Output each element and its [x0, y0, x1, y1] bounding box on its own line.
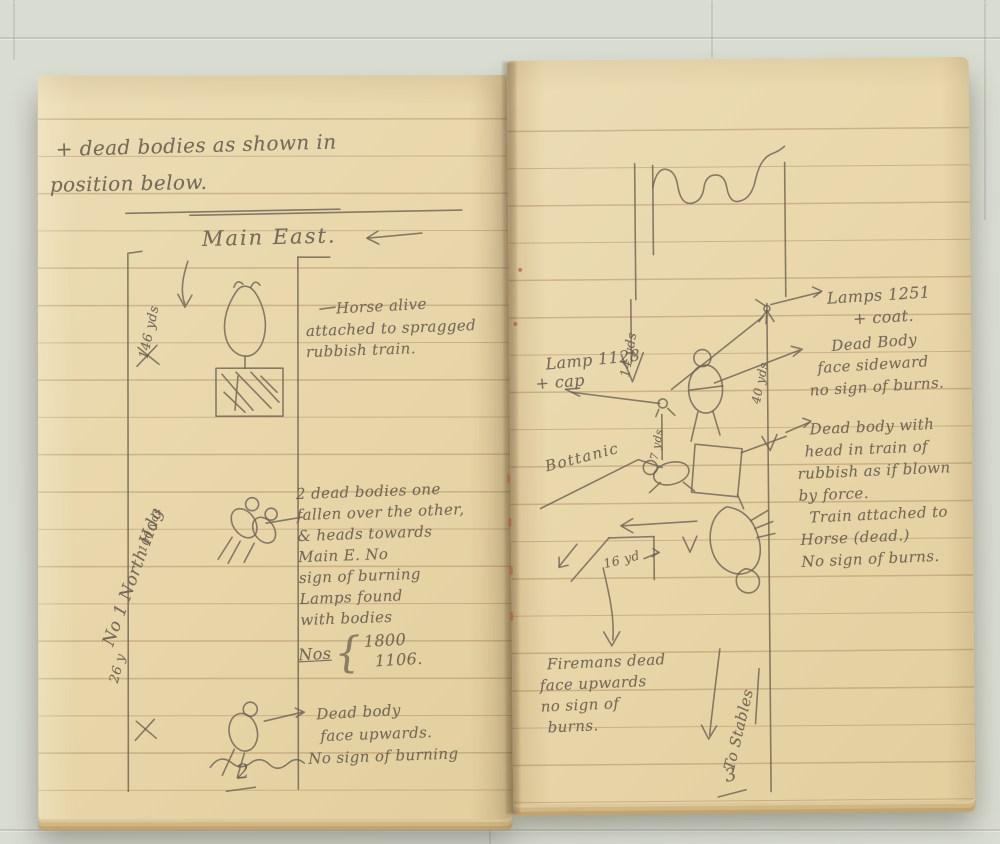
train-note: Dead body with head in train of rubbish … [795, 412, 955, 573]
fireman-note: Firemans dead face upwards no sign of bu… [538, 649, 668, 738]
wall-tile-seam [489, 829, 491, 844]
wall-tile-seam [0, 37, 1000, 39]
note-dead-bodies-line2: position below. [50, 170, 208, 197]
horse-sketch [224, 282, 265, 368]
wall-tile-seam [711, 0, 713, 58]
bodies-note: 2 dead bodies one fallen over the other,… [296, 478, 469, 631]
rubbish-box-sketch [691, 444, 744, 509]
lamp-number-1106: 1106. [364, 648, 423, 671]
left-arrow-mid [621, 518, 697, 533]
wall-tile-seam [0, 829, 1000, 831]
heading-underline [126, 209, 462, 215]
lamp-numbers: Nos { 1800 1106. [297, 624, 423, 680]
lamp-1128-line2: + cap [535, 370, 586, 393]
x-mark-bottom [135, 719, 156, 740]
standing-body-sketch [688, 346, 803, 441]
workings-squiggle [652, 146, 784, 203]
ink-speck [518, 268, 522, 272]
stitch [508, 518, 511, 527]
notebook-left-page: + dead bodies as shown in position below… [38, 75, 513, 819]
stitch [507, 474, 510, 483]
notebook: + dead bodies as shown in position below… [36, 54, 974, 823]
wavy-line [210, 759, 304, 791]
notebook-right-page: 14 yds Lamp 1128 + cap Lamps 1251 + coat… [507, 57, 975, 805]
body-sketch-bottom [222, 702, 304, 777]
ink-speck [513, 322, 517, 326]
down-arrow-fireman [603, 568, 620, 646]
lamp-coat-starburst [671, 287, 823, 389]
brace: { [333, 627, 363, 677]
lamps-1251-line2: + coat. [852, 306, 914, 329]
nos-label: Nos [298, 644, 332, 665]
wall-tile-seam [984, 0, 986, 220]
down-arrowhead-small [683, 536, 697, 552]
stitch [510, 612, 513, 621]
left-arrow [367, 231, 422, 244]
down-arrow [178, 261, 192, 307]
page-number-left: 2 [235, 759, 251, 784]
dead-horse-sketch [710, 506, 776, 593]
lamp-1128-sketch [566, 387, 675, 417]
note-dash [320, 307, 335, 309]
stitch [510, 566, 513, 575]
roadway-walls-top [635, 162, 786, 299]
heading-main-east: Main East. [202, 223, 337, 251]
wall-tile-seam [13, 0, 15, 60]
rubbish-tub-sketch [216, 368, 283, 416]
two-bodies-sketch [218, 498, 302, 564]
